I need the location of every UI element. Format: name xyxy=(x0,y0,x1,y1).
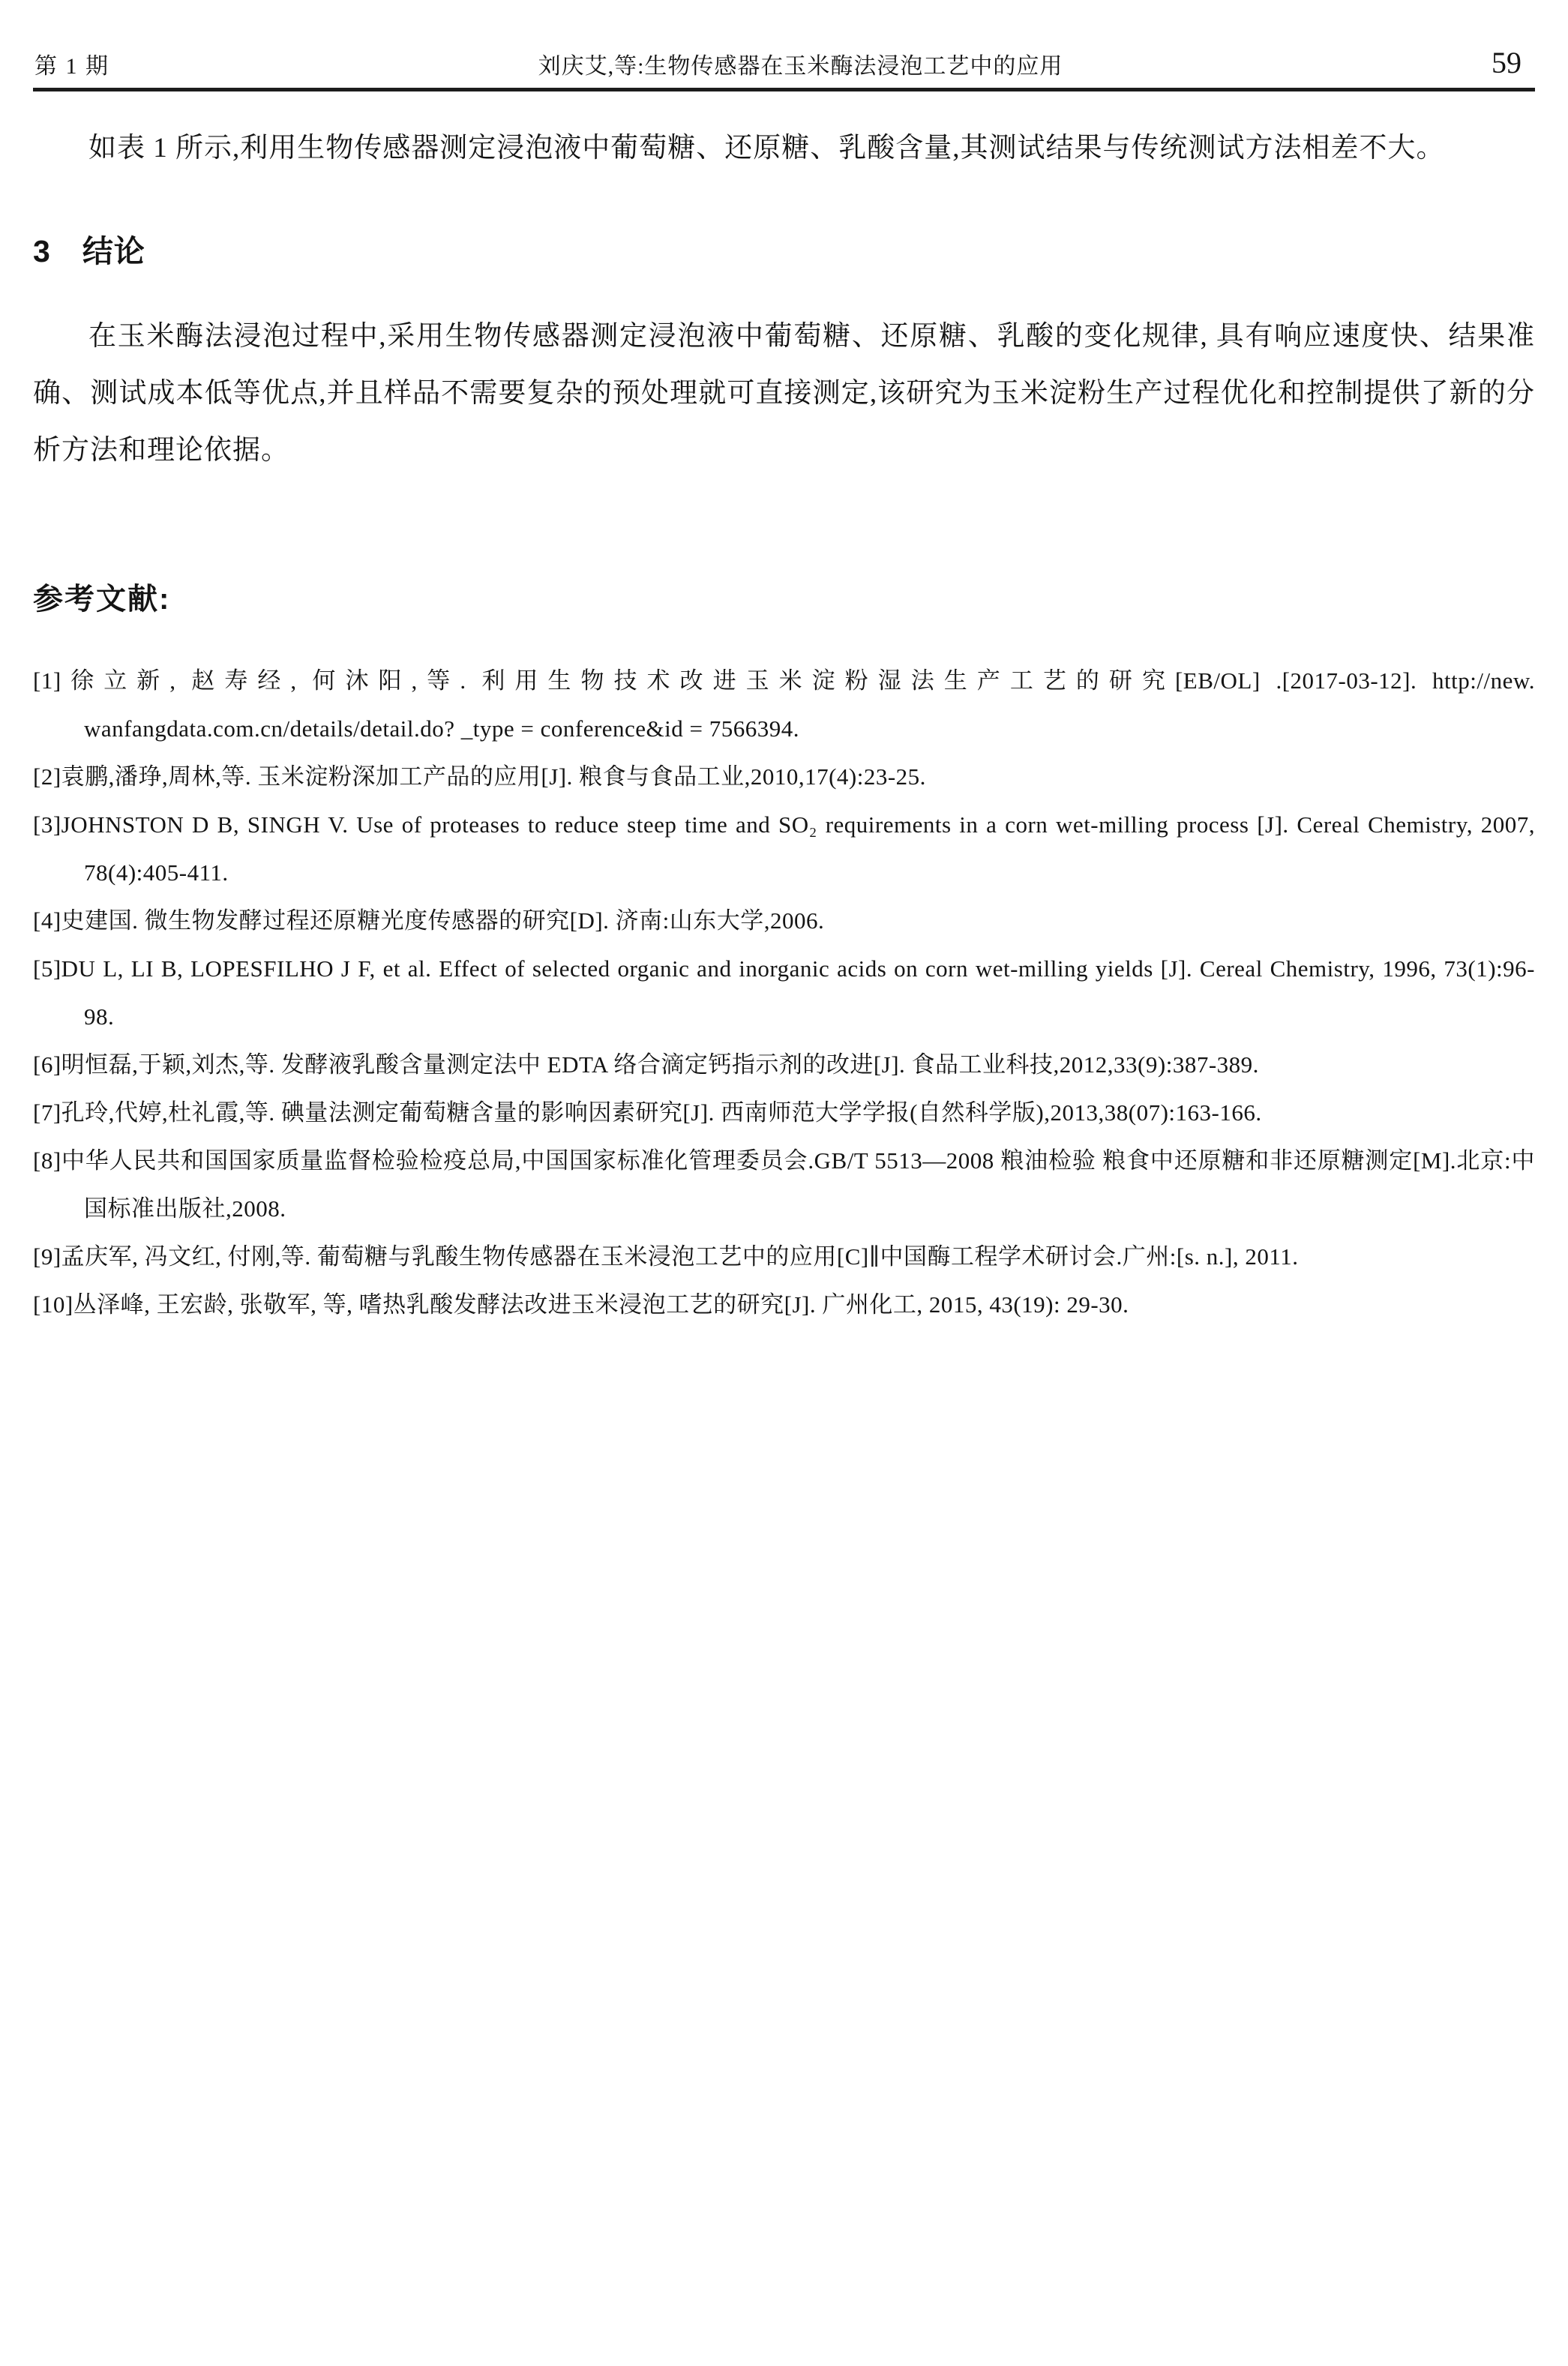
paper-page: 第 1 期 刘庆艾,等:生物传感器在玉米酶法浸泡工艺中的应用 59 如表 1 所… xyxy=(0,0,1568,2366)
reference-item-10: [10]丛泽峰, 王宏龄, 张敬军, 等, 嗜热乳酸发酵法改进玉米浸泡工艺的研究… xyxy=(33,1281,1535,1329)
reference-item-7: [7]孔玲,代婷,杜礼霞,等. 碘量法测定葡萄糖含量的影响因素研究[J]. 西南… xyxy=(33,1089,1535,1137)
section-title: 结论 xyxy=(82,234,145,268)
reference-item-8: [8]中华人民共和国国家质量监督检验检疫总局,中国国家标准化管理委员会.GB/T… xyxy=(33,1137,1535,1233)
reference-item-6: [6]明恒磊,于颖,刘杰,等. 发酵液乳酸含量测定法中 EDTA 络合滴定钙指示… xyxy=(33,1041,1535,1089)
section-number: 3 xyxy=(33,234,51,268)
references-heading: 参考文献: xyxy=(33,575,1535,618)
reference-item-3: [3]JOHNSTON D B, SINGH V. Use of proteas… xyxy=(33,801,1535,897)
intro-paragraph: 如表 1 所示,利用生物传感器测定浸泡液中葡萄糖、还原糖、乳酸含量,其测试结果与… xyxy=(33,120,1535,177)
running-header: 第 1 期 刘庆艾,等:生物传感器在玉米酶法浸泡工艺中的应用 59 xyxy=(33,45,1535,91)
reference-item-5: [5]DU L, LI B, LOPESFILHO J F, et al. Ef… xyxy=(33,945,1535,1041)
conclusion-paragraph: 在玉米酶法浸泡过程中,采用生物传感器测定浸泡液中葡萄糖、还原糖、乳酸的变化规律,… xyxy=(33,308,1535,479)
running-title: 刘庆艾,等:生物传感器在玉米酶法浸泡工艺中的应用 xyxy=(109,47,1492,80)
reference-item-1: [1]徐立新, 赵寿经, 何沐阳,等. 利用生物技术改进玉米淀粉湿法生产工艺的研… xyxy=(33,657,1535,753)
reference-item-2: [2]袁鹏,潘琤,周林,等. 玉米淀粉深加工产品的应用[J]. 粮食与食品工业,… xyxy=(33,753,1535,801)
section-heading-conclusion: 3结论 xyxy=(33,226,1535,271)
page-number: 59 xyxy=(1492,45,1532,80)
issue-label: 第 1 期 xyxy=(34,47,109,80)
references-list: [1]徐立新, 赵寿经, 何沐阳,等. 利用生物技术改进玉米淀粉湿法生产工艺的研… xyxy=(33,657,1535,1329)
reference-item-9: [9]孟庆军, 冯文红, 付刚,等. 葡萄糖与乳酸生物传感器在玉米浸泡工艺中的应… xyxy=(33,1233,1535,1281)
reference-item-4: [4]史建国. 微生物发酵过程还原糖光度传感器的研究[D]. 济南:山东大学,2… xyxy=(33,897,1535,945)
